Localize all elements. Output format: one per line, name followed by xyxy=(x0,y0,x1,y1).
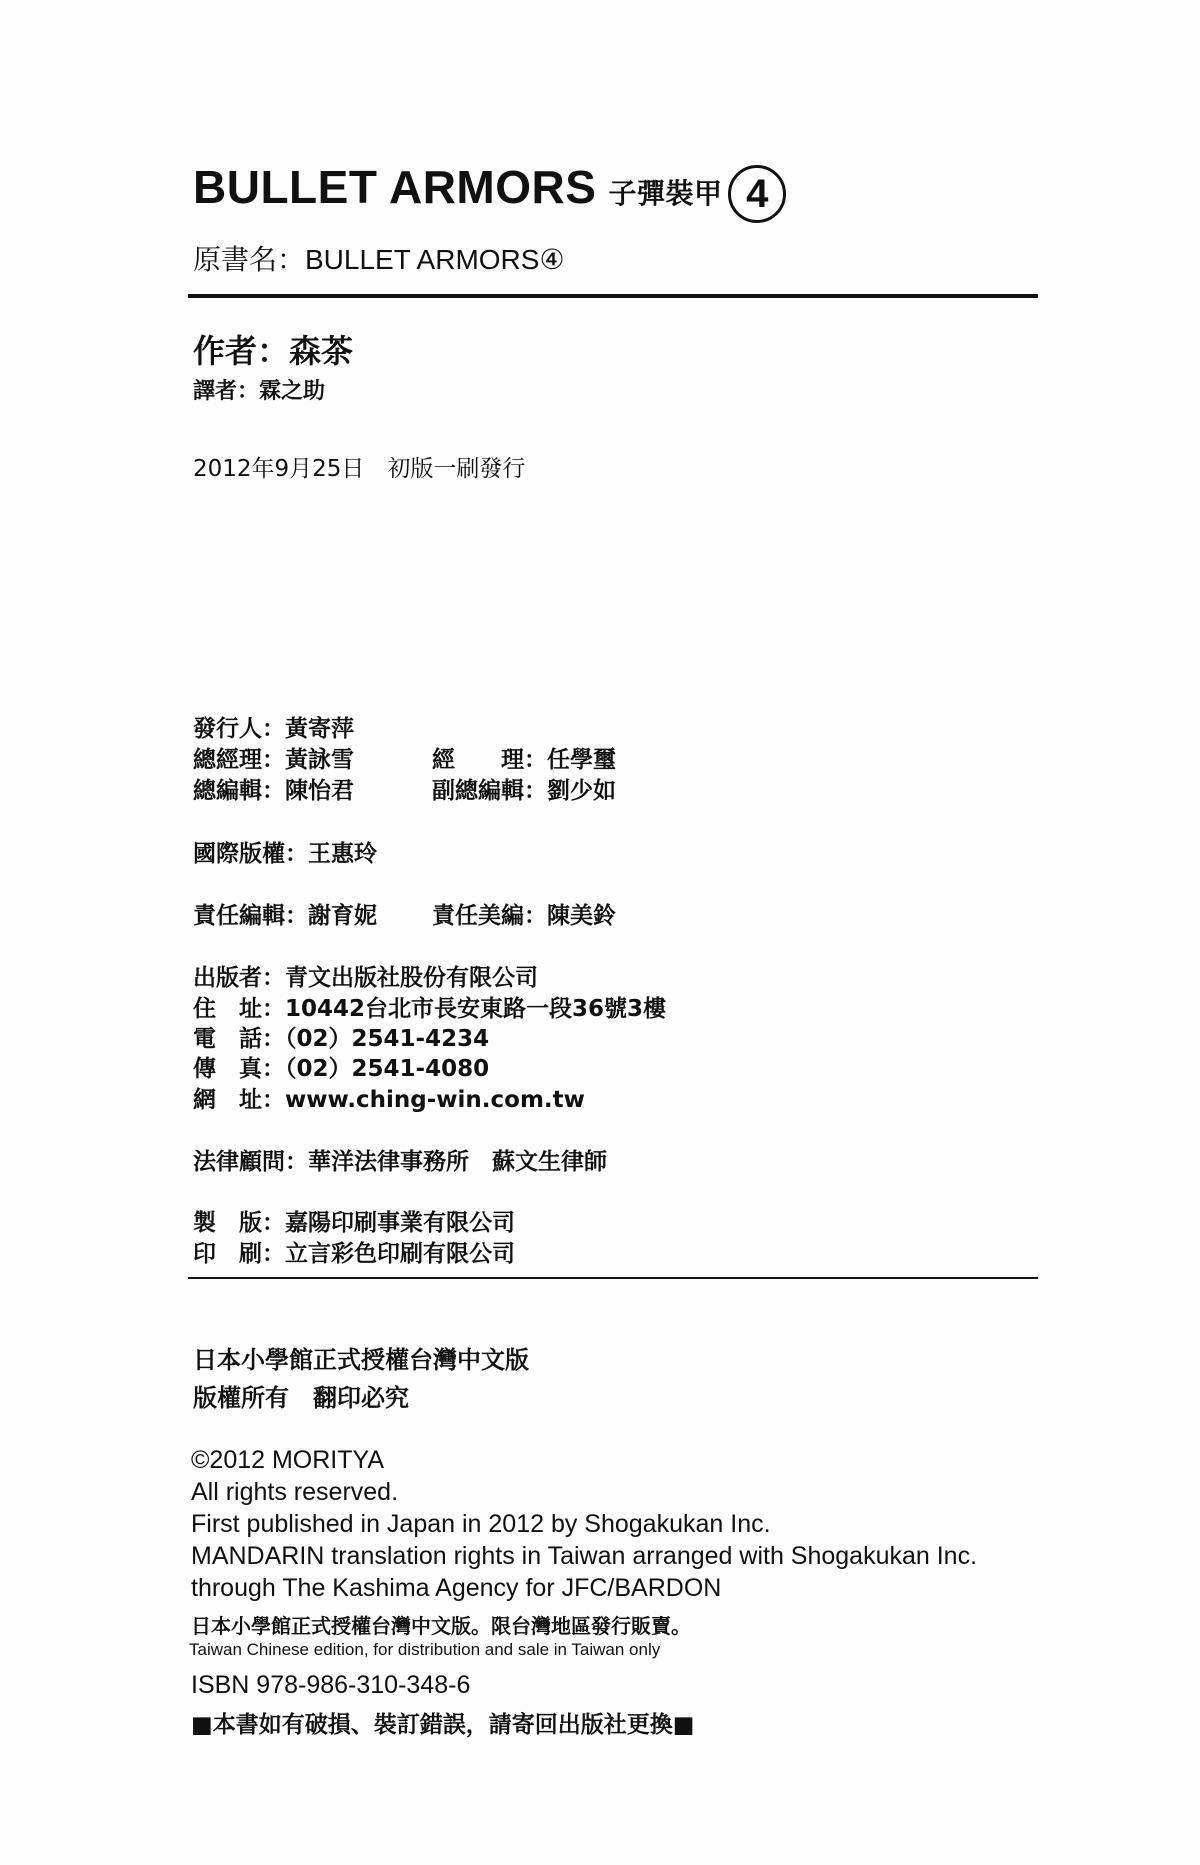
all-rights-statement: 版權所有 翻印必究 xyxy=(193,1378,409,1413)
publisher-website: 網 址：www.ching-win.com.tw xyxy=(193,1081,585,1114)
first-published-line: First published in Japan in 2012 by Shog… xyxy=(191,1510,771,1539)
translation-rights-line: MANDARIN translation rights in Taiwan ar… xyxy=(191,1542,977,1571)
publisher-address: 住 址：10442台北市長安東路一段36號3樓 xyxy=(193,990,666,1023)
author: 作者：森茶 xyxy=(193,326,353,372)
isbn: ISBN 978-986-310-348-6 xyxy=(191,1671,470,1700)
title-chinese: 子彈裝甲 xyxy=(608,178,722,209)
publisher-name: 出版者：青文出版社股份有限公司 xyxy=(193,959,538,992)
title-english: BULLET ARMORS xyxy=(193,161,596,213)
original-title: 原書名：BULLET ARMORS④ xyxy=(193,238,565,278)
damage-notice: ■本書如有破損、裝訂錯誤，請寄回出版社更換■ xyxy=(191,1706,694,1739)
copyright-line: ©2012 MORITYA xyxy=(191,1446,384,1475)
responsible-art-editor: 責任美編：陳美鈴 xyxy=(432,897,616,930)
publisher-fax: 傳 真：（02）2541-4080 xyxy=(193,1050,489,1083)
divider-bottom xyxy=(188,1277,1038,1279)
publication-date: 2012年9月25日 初版一刷發行 xyxy=(193,450,525,483)
license-statement: 日本小學館正式授權台灣中文版 xyxy=(193,1340,529,1375)
volume-number-badge: 4 xyxy=(728,165,786,223)
rights-reserved-line: All rights reserved. xyxy=(191,1478,398,1507)
plate-making: 製 版：嘉陽印刷事業有限公司 xyxy=(193,1204,515,1237)
distribution-chinese-line: 日本小學館正式授權台灣中文版。限台灣地區發行販賣。 xyxy=(191,1610,691,1639)
publisher-phone: 電 話：（02）2541-4234 xyxy=(193,1020,489,1053)
international-rights: 國際版權：王惠玲 xyxy=(193,835,377,868)
manager: 經 理：任學璽 xyxy=(432,741,616,774)
responsible-editor: 責任編輯：謝育妮 xyxy=(193,897,377,930)
deputy-chief-editor: 副總編輯：劉少如 xyxy=(432,772,616,805)
general-manager: 總經理：黃詠雪 xyxy=(193,741,354,774)
book-title: BULLET ARMORS子彈裝甲4 xyxy=(193,160,786,223)
translator: 譯者：霖之助 xyxy=(193,374,325,405)
distribution-english-line: Taiwan Chinese edition, for distribution… xyxy=(189,1640,660,1660)
printing: 印 刷：立言彩色印刷有限公司 xyxy=(193,1235,515,1268)
legal-counsel: 法律顧問：華洋法律事務所 蘇文生律師 xyxy=(193,1143,607,1176)
divider-top xyxy=(188,294,1038,298)
publisher-person: 發行人：黃寄萍 xyxy=(193,710,354,743)
agency-line: through The Kashima Agency for JFC/BARDO… xyxy=(191,1574,721,1603)
chief-editor: 總編輯：陳怡君 xyxy=(193,772,354,805)
